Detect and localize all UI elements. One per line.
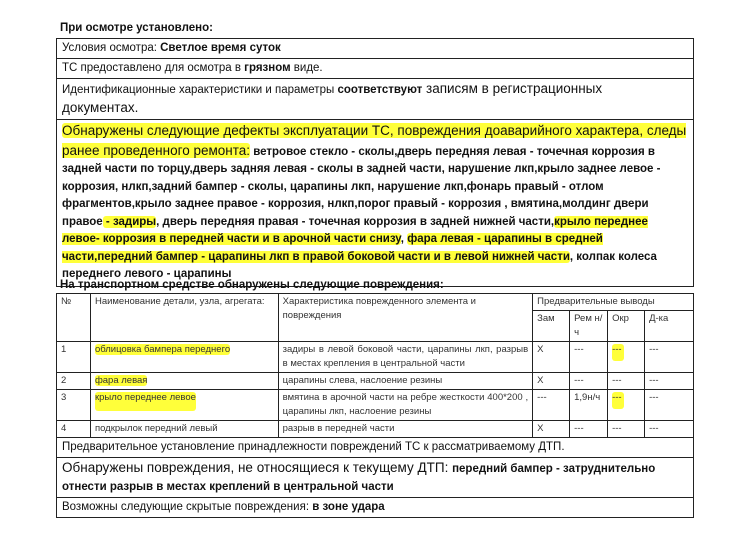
defects-text-2: , дверь передняя правая - точечная корро… xyxy=(156,216,554,228)
cell-replace: X xyxy=(533,373,570,390)
cell-replace: X xyxy=(533,421,570,438)
cell-paint: --- xyxy=(608,421,645,438)
ident-suffix: записям в регистрационных xyxy=(422,81,602,96)
cell-replace: X xyxy=(533,342,570,373)
prelim-text: Предварительное установление принадлежно… xyxy=(62,441,565,453)
cell-characteristic: вмятина в арочной части на ребре жесткос… xyxy=(278,390,533,421)
header-num: № xyxy=(57,294,91,342)
header-diag: Д-ка xyxy=(645,311,694,342)
cell-repair: --- xyxy=(570,342,608,373)
cell-paint: --- xyxy=(608,390,645,421)
defects-row: Обнаружены следующие дефекты эксплуатаци… xyxy=(57,120,693,286)
cell-num: 4 xyxy=(57,421,91,438)
damages-title: На транспортном средстве обнаружены след… xyxy=(60,279,444,291)
ident-value: соответствуют xyxy=(337,84,422,96)
table-header-row: № Наименование детали, узла, агрегата: Х… xyxy=(57,294,694,311)
cell-characteristic: разрыв в передней части xyxy=(278,421,533,438)
cell-repair: --- xyxy=(570,373,608,390)
cell-name: облицовка бампера переднего xyxy=(90,342,278,373)
presented-suffix: виде. xyxy=(291,62,323,74)
conclusions-box: Предварительное установление принадлежно… xyxy=(56,438,694,518)
inspection-box: Условия осмотра: Светлое время суток ТС … xyxy=(56,38,694,287)
header-replace: Зам xyxy=(533,311,570,342)
table-row: 2 фара левая царапины слева, наслоение р… xyxy=(57,373,694,390)
prelim-row: Предварительное установление принадлежно… xyxy=(57,438,693,458)
header-conclusions: Предварительные выводы xyxy=(533,294,694,311)
cell-num: 2 xyxy=(57,373,91,390)
cell-diag: --- xyxy=(645,390,694,421)
presented-label: ТС предоставлено для осмотра в xyxy=(62,62,244,74)
table-row: 4 подкрылок передний левый разрыв в пере… xyxy=(57,421,694,438)
damages-table: № Наименование детали, узла, агрегата: Х… xyxy=(56,293,694,438)
cell-diag: --- xyxy=(645,421,694,438)
hidden-value: в зоне удара xyxy=(312,501,384,513)
unrelated-label: Обнаружены повреждения, не относящиеся к… xyxy=(62,460,452,475)
hidden-row: Возможны следующие скрытые повреждения: … xyxy=(57,498,693,517)
presented-value: грязном xyxy=(244,62,290,74)
defects-highlight-1: - задиры xyxy=(103,216,156,228)
unrelated-row: Обнаружены повреждения, не относящиеся к… xyxy=(57,458,693,498)
ident-line2: документах. xyxy=(62,100,138,115)
cell-name: крыло переднее левое xyxy=(90,390,278,421)
cell-repair: --- xyxy=(570,421,608,438)
cell-diag: --- xyxy=(645,373,694,390)
cell-num: 3 xyxy=(57,390,91,421)
header-paint: Окр xyxy=(608,311,645,342)
header-characteristic: Характеристика поврежденного элемента и … xyxy=(278,294,533,342)
conditions-label: Условия осмотра: xyxy=(62,42,160,54)
cell-paint: --- xyxy=(608,373,645,390)
conditions-row: Условия осмотра: Светлое время суток xyxy=(57,39,693,59)
table-row: 1 облицовка бампера переднего задиры в л… xyxy=(57,342,694,373)
inspection-title: При осмотре установлено: xyxy=(60,22,213,34)
cell-paint: --- xyxy=(608,342,645,373)
table-row: 3 крыло переднее левое вмятина в арочной… xyxy=(57,390,694,421)
header-repair: Рем н/ч xyxy=(570,311,608,342)
ident-row: Идентификационные характеристики и парам… xyxy=(57,79,693,120)
presented-row: ТС предоставлено для осмотра в грязном в… xyxy=(57,59,693,79)
cell-num: 1 xyxy=(57,342,91,373)
cell-name: подкрылок передний левый xyxy=(90,421,278,438)
cell-characteristic: царапины слева, наслоение резины xyxy=(278,373,533,390)
cell-replace: --- xyxy=(533,390,570,421)
cell-name: фара левая xyxy=(90,373,278,390)
ident-label: Идентификационные характеристики и парам… xyxy=(62,84,337,96)
cell-diag: --- xyxy=(645,342,694,373)
hidden-label: Возможны следующие скрытые повреждения: xyxy=(62,501,312,513)
header-name: Наименование детали, узла, агрегата: xyxy=(90,294,278,342)
conditions-value: Светлое время суток xyxy=(160,42,281,54)
cell-repair: 1,9н/ч xyxy=(570,390,608,421)
cell-characteristic: задиры в левой боковой части, царапины л… xyxy=(278,342,533,373)
